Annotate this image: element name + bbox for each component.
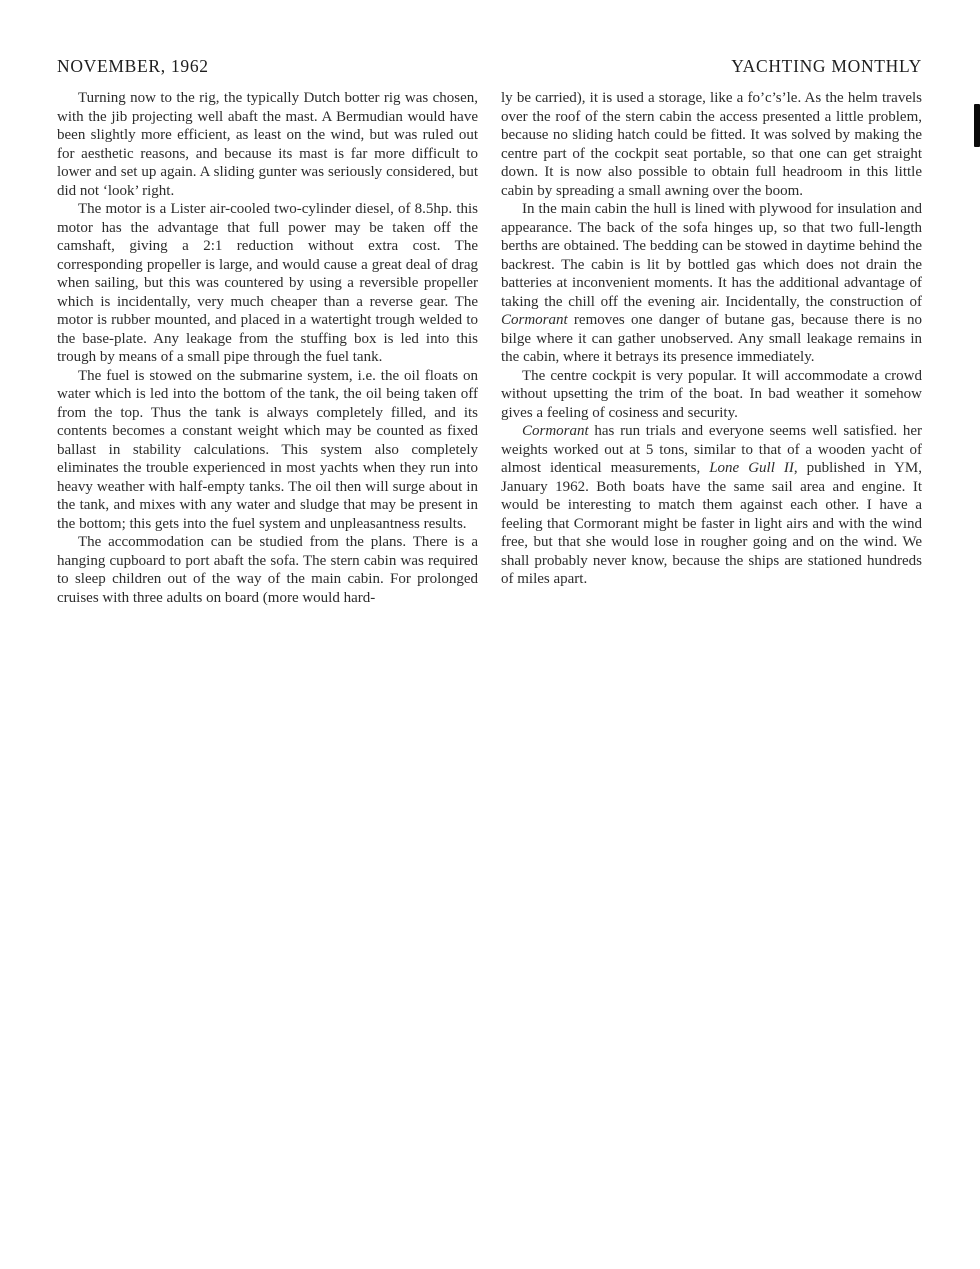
magazine-page: NOVEMBER, 1962 YACHTING MONTHLY Turning … — [0, 0, 980, 1269]
paragraph-rig: Turning now to the rig, the typically Du… — [57, 89, 478, 200]
paragraph-cockpit: The centre cockpit is very popular. It w… — [501, 367, 922, 423]
page-header: NOVEMBER, 1962 YACHTING MONTHLY — [57, 56, 922, 77]
right-column: ly be carried), it is used a storage, li… — [501, 89, 922, 607]
left-column: Turning now to the rig, the typically Du… — [57, 89, 478, 607]
scan-artifact-mark — [974, 104, 980, 147]
article-body: Turning now to the rig, the typically Du… — [57, 89, 922, 607]
magazine-title: YACHTING MONTHLY — [731, 56, 922, 77]
issue-date: NOVEMBER, 1962 — [57, 56, 209, 77]
paragraph-trials: Cormorant has run trials and everyone se… — [501, 422, 922, 589]
paragraph-accommodation: The accommodation can be studied from th… — [57, 533, 478, 607]
paragraph-stern-cabin: ly be carried), it is used a storage, li… — [501, 89, 922, 200]
paragraph-motor: The motor is a Lister air-cooled two-cyl… — [57, 200, 478, 367]
paragraph-fuel: The fuel is stowed on the submarine syst… — [57, 367, 478, 534]
paragraph-main-cabin: In the main cabin the hull is lined with… — [501, 200, 922, 367]
